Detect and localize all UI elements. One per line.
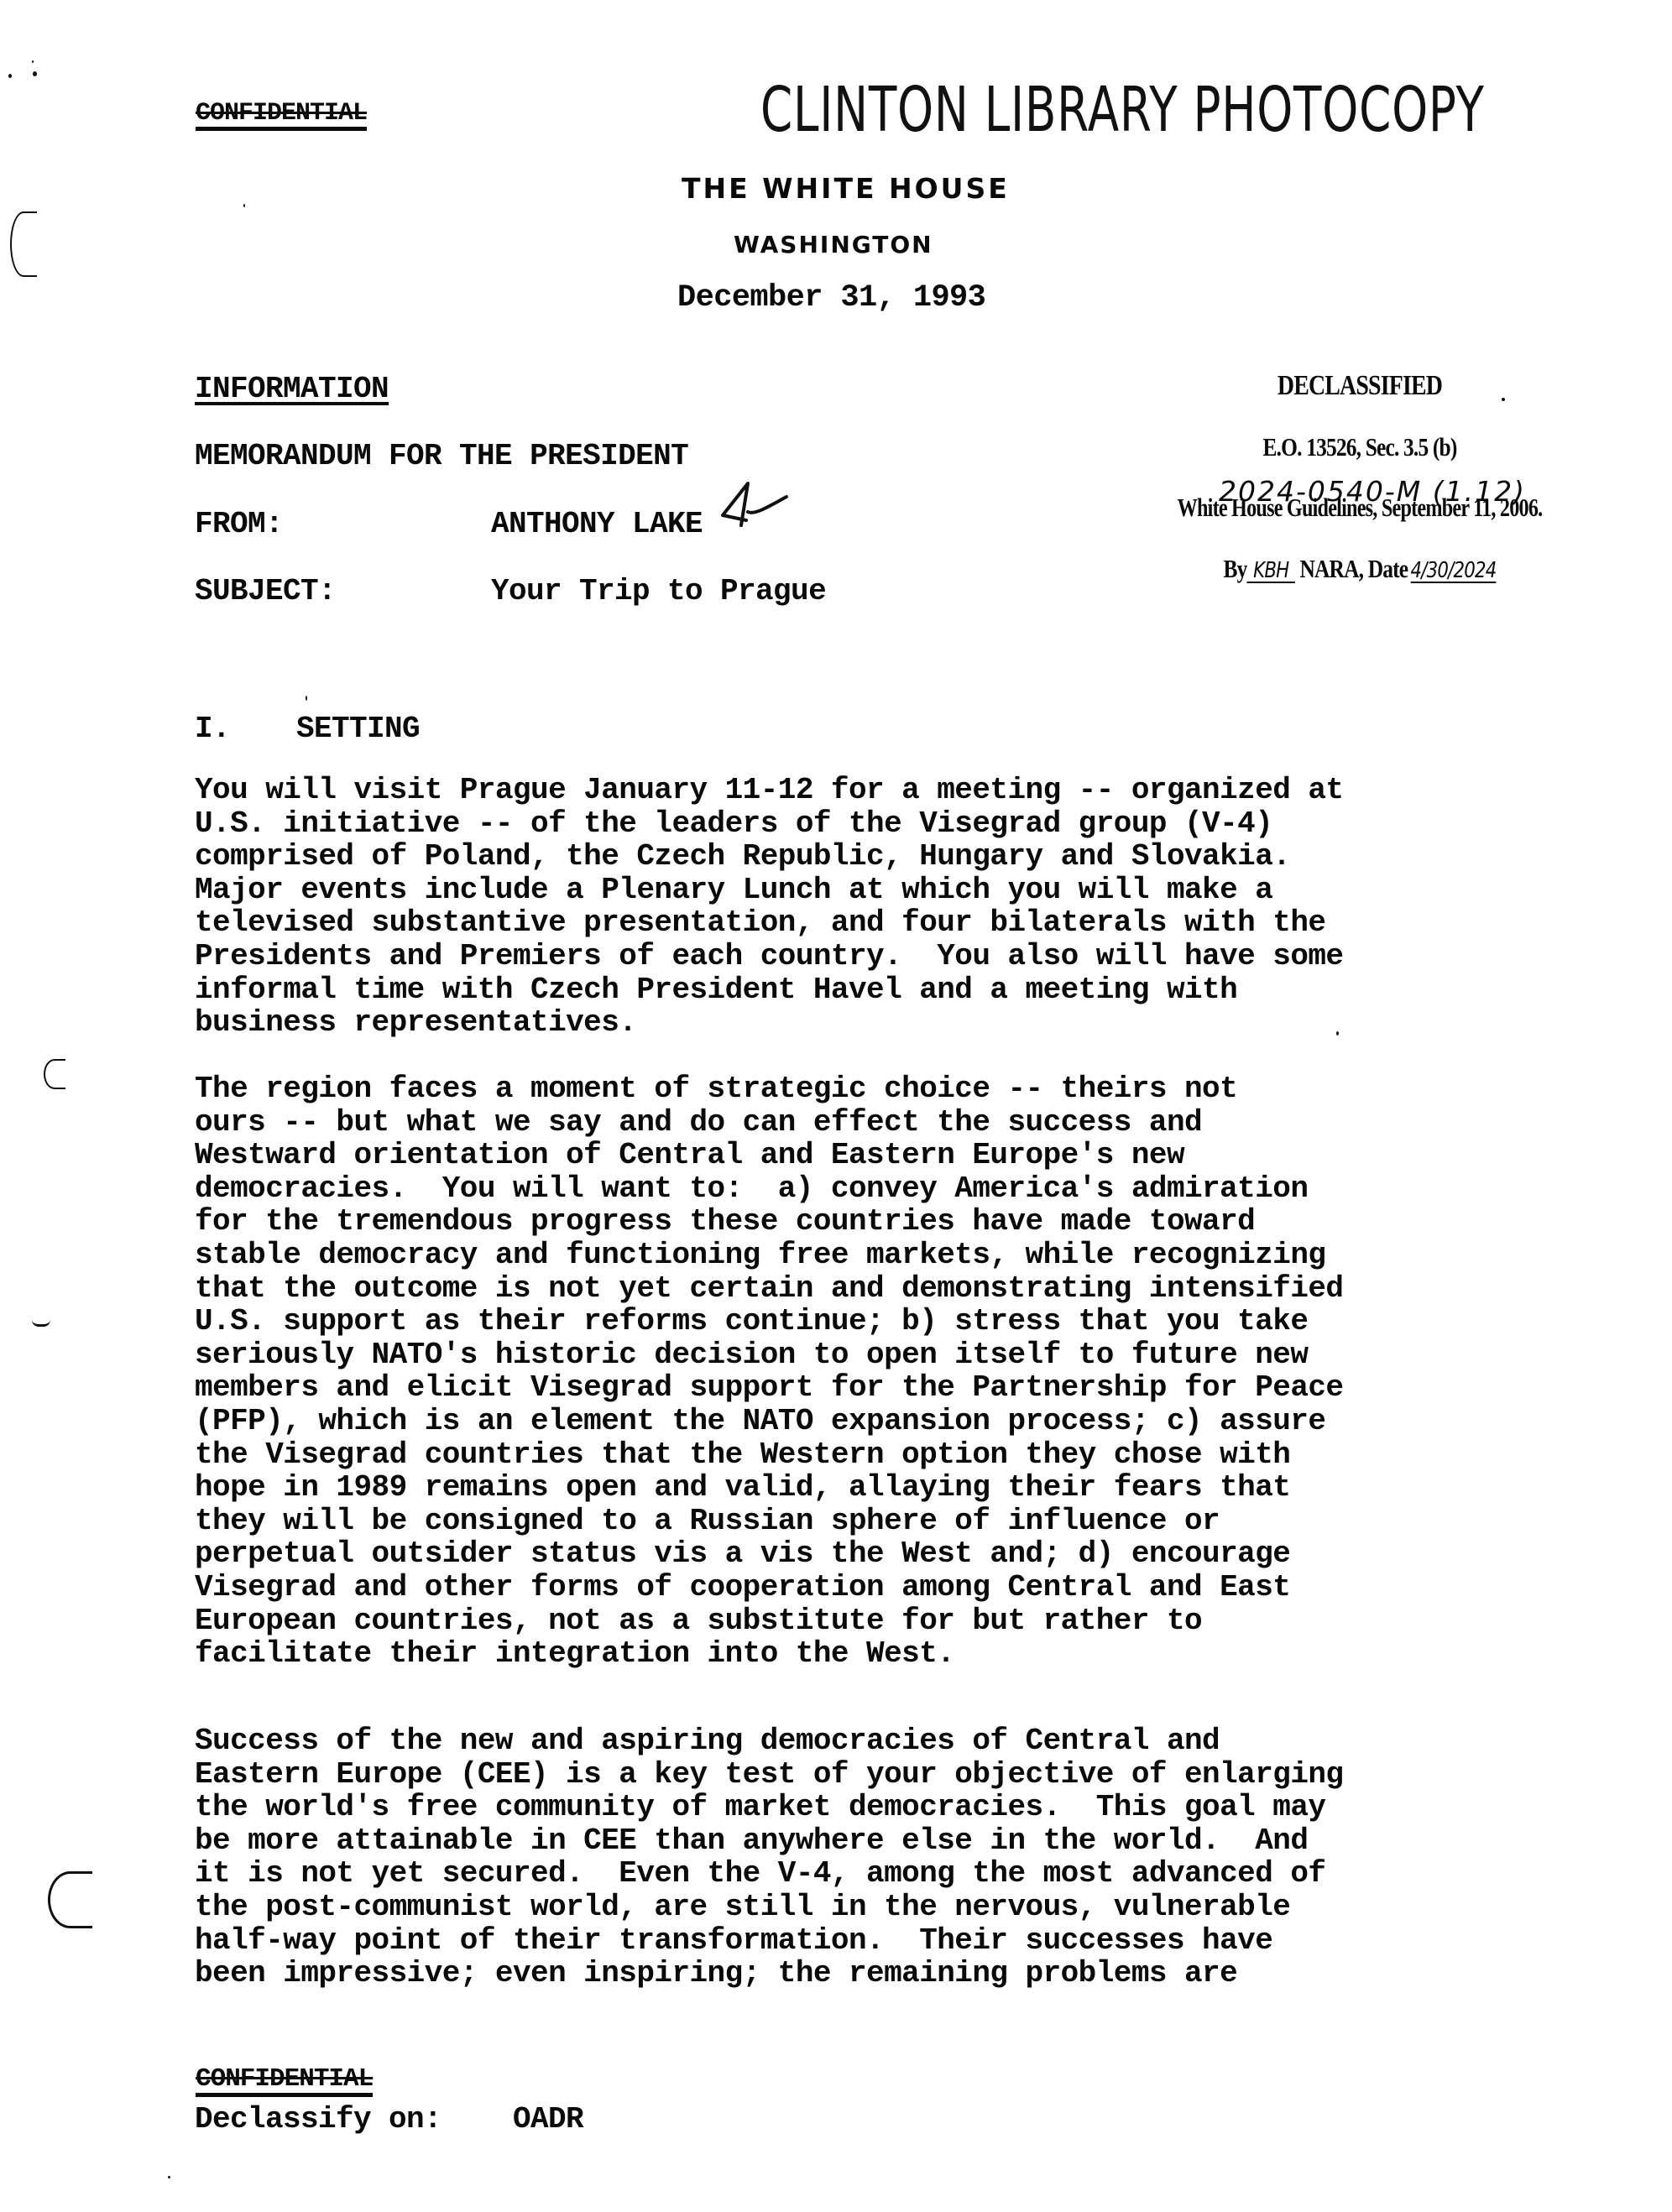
- letterhead-title: THE WHITE HOUSE: [682, 172, 1010, 205]
- text-line: stable democracy and functioning free ma…: [195, 1239, 1504, 1272]
- text-line: informal time with Czech President Havel…: [195, 973, 1504, 1007]
- text-line: Presidents and Premiers of each country.…: [195, 940, 1504, 973]
- scan-speck-icon: [168, 2176, 170, 2178]
- scan-speck-icon: [32, 60, 34, 63]
- declassification-stamp: DECLASSIFIED E.O. 13526, Sec. 3.5 (b) Wh…: [1091, 340, 1628, 600]
- archive-photocopy-stamp: CLINTON LIBRARY PHOTOCOPY: [760, 74, 1485, 146]
- scan-speck-icon: [33, 71, 37, 76]
- text-line: that the outcome is not yet certain and …: [195, 1272, 1504, 1306]
- text-line: members and elicit Visegrad support for …: [195, 1371, 1504, 1405]
- memo-subject-label: SUBJECT:: [195, 574, 336, 608]
- body-paragraph-3: Success of the new and aspiring democrac…: [195, 1724, 1504, 1990]
- body-paragraph-1: You will visit Prague January 11-12 for …: [195, 774, 1504, 1040]
- hole-punch-mark-icon: [44, 1059, 65, 1089]
- text-line: been impressive; even inspiring; the rem…: [195, 1957, 1504, 1990]
- text-line: U.S. support as their reforms continue; …: [195, 1305, 1504, 1338]
- scan-speck-icon: [306, 696, 307, 701]
- text-line: it is not yet secured. Even the V-4, amo…: [195, 1857, 1504, 1891]
- classification-marking-top: CONFIDENTIAL: [196, 101, 367, 131]
- text-line: You will visit Prague January 11-12 for …: [195, 774, 1504, 807]
- text-line: (PFP), which is an element the NATO expa…: [195, 1405, 1504, 1438]
- declass-reviewer-initials: KBH: [1247, 560, 1295, 583]
- text-line: televised substantive presentation, and …: [195, 906, 1504, 940]
- text-line: Major events include a Plenary Lunch at …: [195, 874, 1504, 907]
- declass-authority: E.O. 13526, Sec. 3.5 (b): [1140, 432, 1581, 462]
- memo-date: December 31, 1993: [677, 280, 985, 316]
- text-line: Eastern Europe (CEE) is a key test of yo…: [195, 1758, 1504, 1792]
- scan-speck-icon: [8, 74, 12, 78]
- text-line: they will be consigned to a Russian sphe…: [195, 1505, 1504, 1538]
- text-line: seriously NATO's historic decision to op…: [195, 1338, 1504, 1372]
- text-line: democracies. You will want to: a) convey…: [195, 1172, 1504, 1206]
- declass-case-number: 2024-0540-M (1.12): [1219, 475, 1526, 508]
- text-line: Visegrad and other forms of cooperation …: [195, 1571, 1504, 1604]
- declass-date: 4/30/2024: [1411, 560, 1497, 583]
- scan-speck-icon: [243, 204, 245, 207]
- memo-from-label: FROM:: [195, 507, 283, 541]
- text-line: Westward orientation of Central and East…: [195, 1139, 1504, 1172]
- text-line: be more attainable in CEE than anywhere …: [195, 1824, 1504, 1858]
- memo-type: INFORMATION: [195, 372, 389, 406]
- text-line: the world's free community of market dem…: [195, 1791, 1504, 1824]
- memo-subject-value: Your Trip to Prague: [491, 574, 826, 608]
- section-number: I.: [195, 712, 230, 746]
- text-line: The region faces a moment of strategic c…: [195, 1072, 1504, 1106]
- body-paragraph-2: The region faces a moment of strategic c…: [195, 1072, 1504, 1671]
- text-line: facilitate their integration into the We…: [195, 1637, 1504, 1671]
- text-line: half-way point of their transformation. …: [195, 1924, 1504, 1958]
- declassify-label: Declassify on:: [195, 2102, 442, 2136]
- declass-title: DECLASSIFIED: [1140, 370, 1581, 402]
- section-title: SETTING: [296, 712, 420, 746]
- letterhead-city: WASHINGTON: [734, 231, 933, 258]
- text-line: U.S. initiative -- of the leaders of the…: [195, 807, 1504, 841]
- memo-from-value: ANTHONY LAKE: [491, 507, 703, 541]
- declass-agency-date-label: NARA, Date: [1299, 554, 1408, 583]
- text-line: the Visegrad countries that the Western …: [195, 1438, 1504, 1472]
- text-line: perpetual outsider status vis a vis the …: [195, 1537, 1504, 1571]
- hole-punch-mark-icon: [48, 1871, 92, 1928]
- declass-by-label: By: [1224, 554, 1247, 583]
- text-line: Success of the new and aspiring democrac…: [195, 1724, 1504, 1758]
- hole-punch-mark-icon: [10, 211, 37, 277]
- memo-addressee: MEMORANDUM FOR THE PRESIDENT: [195, 439, 688, 473]
- declassify-value: OADR: [513, 2102, 583, 2136]
- declass-reviewer-line: ByKBH NARA, Date4/30/2024: [1140, 553, 1581, 585]
- scan-speck-icon: [1502, 398, 1505, 401]
- stray-mark-icon: [32, 1320, 50, 1327]
- text-line: hope in 1989 remains open and valid, all…: [195, 1471, 1504, 1505]
- text-line: the post-communist world, are still in t…: [195, 1891, 1504, 1924]
- classification-marking-bottom: CONFIDENTIAL: [196, 2067, 373, 2097]
- text-line: ours -- but what we say and do can effec…: [195, 1106, 1504, 1140]
- text-line: for the tremendous progress these countr…: [195, 1205, 1504, 1239]
- scan-speck-icon: [1336, 1031, 1339, 1036]
- text-line: business representatives.: [195, 1006, 1504, 1040]
- text-line: comprised of Poland, the Czech Republic,…: [195, 840, 1504, 874]
- text-line: European countries, not as a substitute …: [195, 1604, 1504, 1638]
- signature-initials-icon: [718, 478, 793, 537]
